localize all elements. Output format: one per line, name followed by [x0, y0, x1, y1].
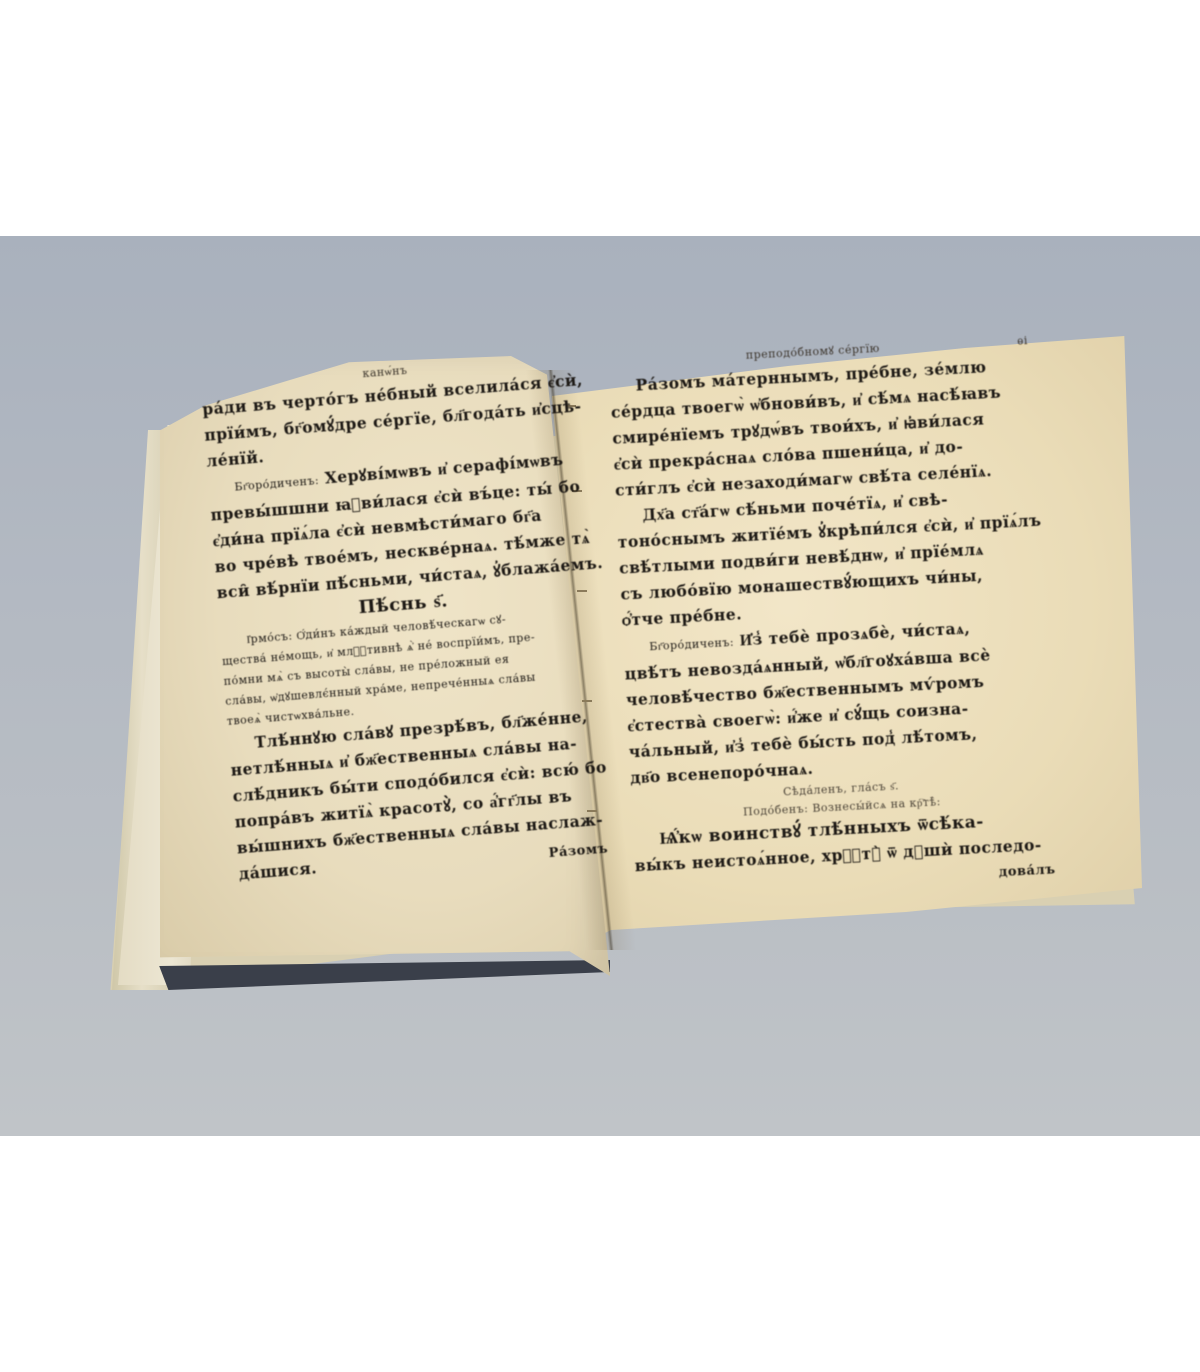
- catchword: Ра́зомъ: [548, 836, 609, 867]
- open-book: канѡ́нъ ра́ди въ черто́гъ не́бный вселил…: [0, 0, 1200, 1372]
- left-page-text: канѡ́нъ ра́ди въ черто́гъ не́бный вселил…: [200, 351, 609, 891]
- irmos-label: І҆рмо́съ:: [246, 630, 293, 647]
- page-number: ѳі: [1017, 334, 1028, 348]
- theotokion-label: Бг҃оро́диченъ:: [649, 636, 734, 653]
- right-page-text: преподо́бномꙋ се́ргїю ѳі Ра́зомъ ма́терн…: [608, 333, 1056, 905]
- text-line-content: да́шися.: [238, 855, 318, 891]
- theotokion-label: Бг҃оро́диченъ:: [234, 474, 320, 494]
